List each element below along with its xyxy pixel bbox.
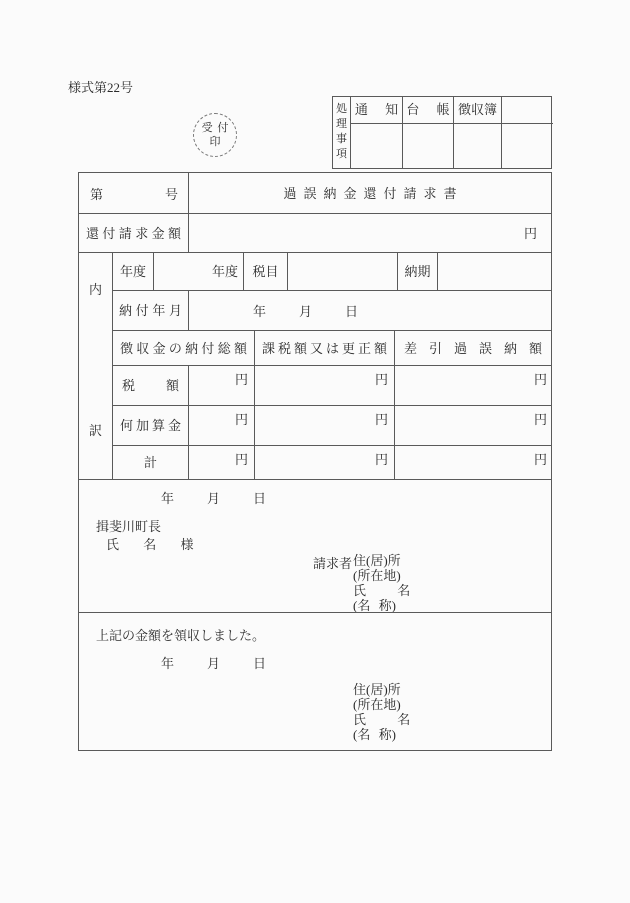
- tax-assessed-cell: 円: [255, 366, 395, 406]
- breakdown-side-label: 内 訳: [79, 253, 113, 480]
- claimant-address-line: 住(居)所: [353, 553, 410, 568]
- surcharge-total-paid-cell: 円: [189, 406, 255, 446]
- processing-value-notice: [351, 124, 403, 168]
- paid-date-value-cell: 年 月 日: [189, 291, 551, 331]
- claimant-label: 請求者: [313, 553, 352, 572]
- form-style-number: 様式第22号: [68, 77, 133, 96]
- claimant-address-block: 住(居)所 (所在地) 氏 名 (名 称): [353, 553, 410, 613]
- receipt-stamp-text-bottom: 印: [194, 135, 236, 149]
- addressee-name-line: 氏 名 様: [106, 534, 194, 553]
- request-date-month: 月: [207, 488, 220, 507]
- recipient-name-line: 氏 名: [353, 712, 410, 727]
- claimant-org-name-line: (名 称): [353, 598, 410, 613]
- processing-header-ledger: 台 帳: [403, 97, 454, 124]
- receipt-date-day: 日: [253, 653, 266, 672]
- refund-amount-label: 還付請求金額: [79, 214, 189, 253]
- processing-side-label: 処理事項: [333, 97, 351, 168]
- doc-number-cell: 第 号: [79, 173, 189, 214]
- processing-header-collection-book: 徴収簿: [454, 97, 502, 124]
- tax-item-label: 税目: [244, 253, 288, 291]
- amount-header-overpaid-balance: 差引過誤納額: [395, 331, 551, 366]
- tax-total-paid-cell: 円: [189, 366, 255, 406]
- refund-amount-value-cell: 円: [189, 214, 551, 253]
- paid-date-year: 年: [253, 301, 266, 320]
- doc-number-suffix: 号: [165, 184, 178, 203]
- paid-date-day: 日: [345, 301, 358, 320]
- claimant-location-line: (所在地): [353, 568, 410, 583]
- total-assessed-cell: 円: [255, 446, 395, 480]
- processing-value-ledger: [403, 124, 454, 168]
- request-block: 年 月 日 揖斐川町長 氏 名 様 請求者 住(居)所 (所在地) 氏 名 (名…: [79, 480, 551, 613]
- recipient-org-name-line: (名 称): [353, 727, 410, 742]
- receipt-statement: 上記の金額を領収しました。: [96, 625, 265, 644]
- refund-amount-unit: 円: [524, 226, 537, 241]
- amount-row-surcharge-label: 何加算金: [113, 406, 189, 446]
- recipient-address-line: 住(居)所: [353, 682, 410, 697]
- total-overpaid-cell: 円: [395, 446, 551, 480]
- amount-row-total-label: 計: [113, 446, 189, 480]
- receipt-stamp-text-top: 受 付: [194, 121, 236, 135]
- receipt-stamp: 受 付 印: [193, 113, 237, 157]
- request-date-day: 日: [253, 488, 266, 507]
- amount-row-tax-label: 税額: [113, 366, 189, 406]
- amount-header-total-paid: 徴収金の納付総額: [113, 331, 255, 366]
- breakdown-side-top: 内: [89, 279, 102, 298]
- due-period-label: 納期: [398, 253, 438, 291]
- receipt-date-month: 月: [207, 653, 220, 672]
- request-date-year: 年: [161, 488, 174, 507]
- fiscal-year-suffix: 年度: [212, 264, 238, 279]
- fiscal-year-label: 年度: [113, 253, 154, 291]
- main-form-table: 第 号 過誤納金還付請求書 還付請求金額 円 内 訳 年度 年度 税目 納期 納…: [78, 172, 552, 751]
- recipient-address-block: 住(居)所 (所在地) 氏 名 (名 称): [353, 682, 410, 742]
- tax-overpaid-cell: 円: [395, 366, 551, 406]
- amount-header-assessed: 課税額又は更正額: [255, 331, 395, 366]
- processing-header-notice: 通 知: [351, 97, 403, 124]
- doc-number-prefix: 第: [90, 184, 103, 203]
- paid-date-month: 月: [299, 301, 312, 320]
- addressee-title: 揖斐川町長: [96, 516, 161, 535]
- total-total-paid-cell: 円: [189, 446, 255, 480]
- recipient-location-line: (所在地): [353, 697, 410, 712]
- claimant-name-line: 氏 名: [353, 583, 410, 598]
- paid-date-label: 納付年月日: [113, 291, 189, 331]
- processing-value-collection-book: [454, 124, 502, 168]
- request-date-line: 年 月 日: [161, 488, 266, 507]
- surcharge-assessed-cell: 円: [255, 406, 395, 446]
- fiscal-year-value-cell: 年度: [154, 253, 244, 291]
- form-title: 過誤納金還付請求書: [189, 173, 551, 214]
- due-period-value-cell: [438, 253, 551, 291]
- surcharge-overpaid-cell: 円: [395, 406, 551, 446]
- processing-table: 処理事項 通 知 台 帳 徴収簿: [332, 96, 552, 169]
- tax-item-value-cell: [288, 253, 398, 291]
- receipt-block: 上記の金額を領収しました。 年 月 日 住(居)所 (所在地) 氏 名 (名 称…: [79, 613, 551, 750]
- processing-header-blank: [502, 97, 553, 124]
- receipt-date-year: 年: [161, 653, 174, 672]
- breakdown-side-bottom: 訳: [89, 420, 102, 439]
- receipt-date-line: 年 月 日: [161, 653, 266, 672]
- processing-value-blank: [502, 124, 553, 168]
